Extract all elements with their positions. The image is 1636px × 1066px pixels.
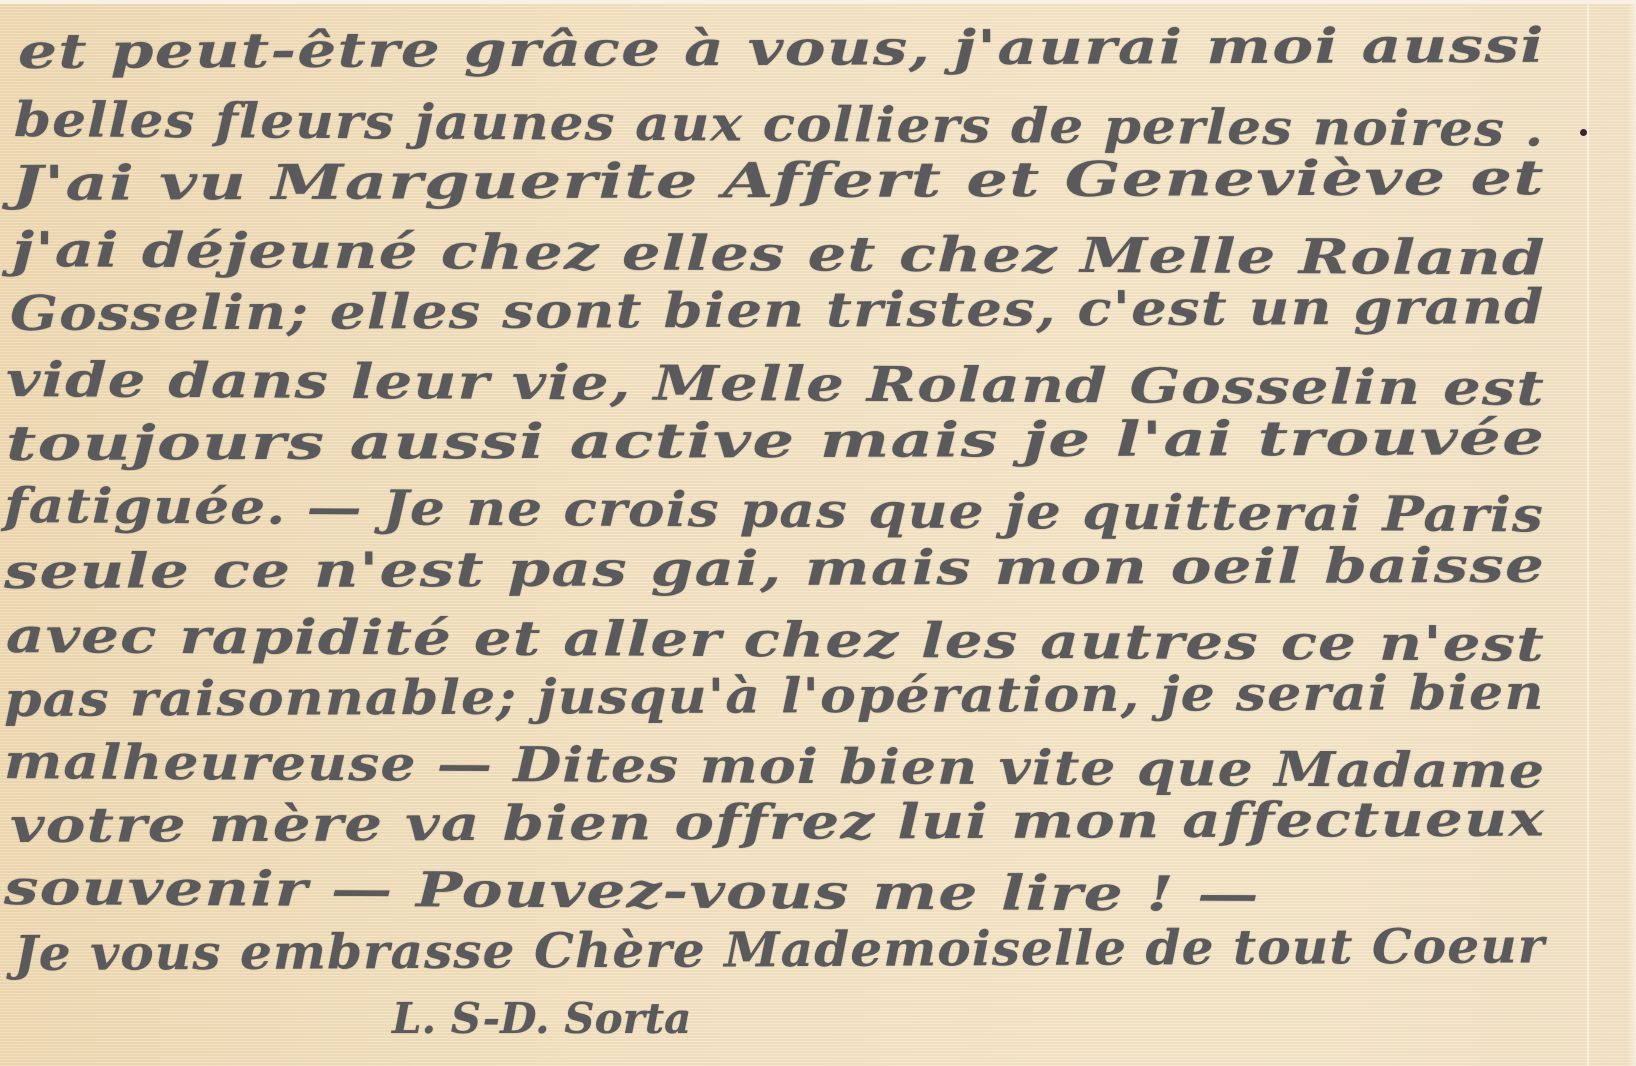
text-line-14: souvenir — Pouvez-vous me lire ! — [4,860,1260,923]
text-line-2: belles fleurs jaunes aux colliers de per… [14,92,1545,158]
text-line-7: toujours aussi active mais je l'ai trouv… [6,410,1546,472]
text-line-6: vide dans leur vie, Melle Roland Gosseli… [6,352,1545,417]
text-line-8: fatiguée. — Je ne crois pas que je quitt… [4,478,1544,543]
text-line-5: Gosselin; elles sont bien tristes, c'est… [10,279,1545,342]
text-line-3: J'ai vu Marguerite Affert et Geneviève e… [12,150,1545,212]
text-line-12: malheureuse — Dites moi bien vite que Ma… [4,734,1546,799]
text-line-9: seule ce n'est pas gai, mais mon oeil ba… [4,538,1546,600]
text-line-11: pas raisonnable; jusqu'à l'opération, je… [4,665,1545,728]
ink-dot [1580,129,1587,136]
text-line-4: j'ai déjeuné chez elles et chez Melle Ro… [12,222,1546,286]
paper-edge [1628,4,1636,1066]
text-line-13: votre mère va bien offrez lui mon affect… [10,792,1545,854]
text-line-10: avec rapidité et aller chez les autres c… [6,608,1545,673]
signature: L. S-D. Sorta [392,994,691,1043]
paper-fold-line [1587,4,1589,1066]
text-line-15: Je vous embrasse Chère Mademoiselle de t… [14,918,1545,982]
text-line-1: et peut-être grâce à vous, j'aurai moi a… [18,18,1545,80]
postcard-document: et peut-être grâce à vous, j'aurai moi a… [0,0,1636,1066]
